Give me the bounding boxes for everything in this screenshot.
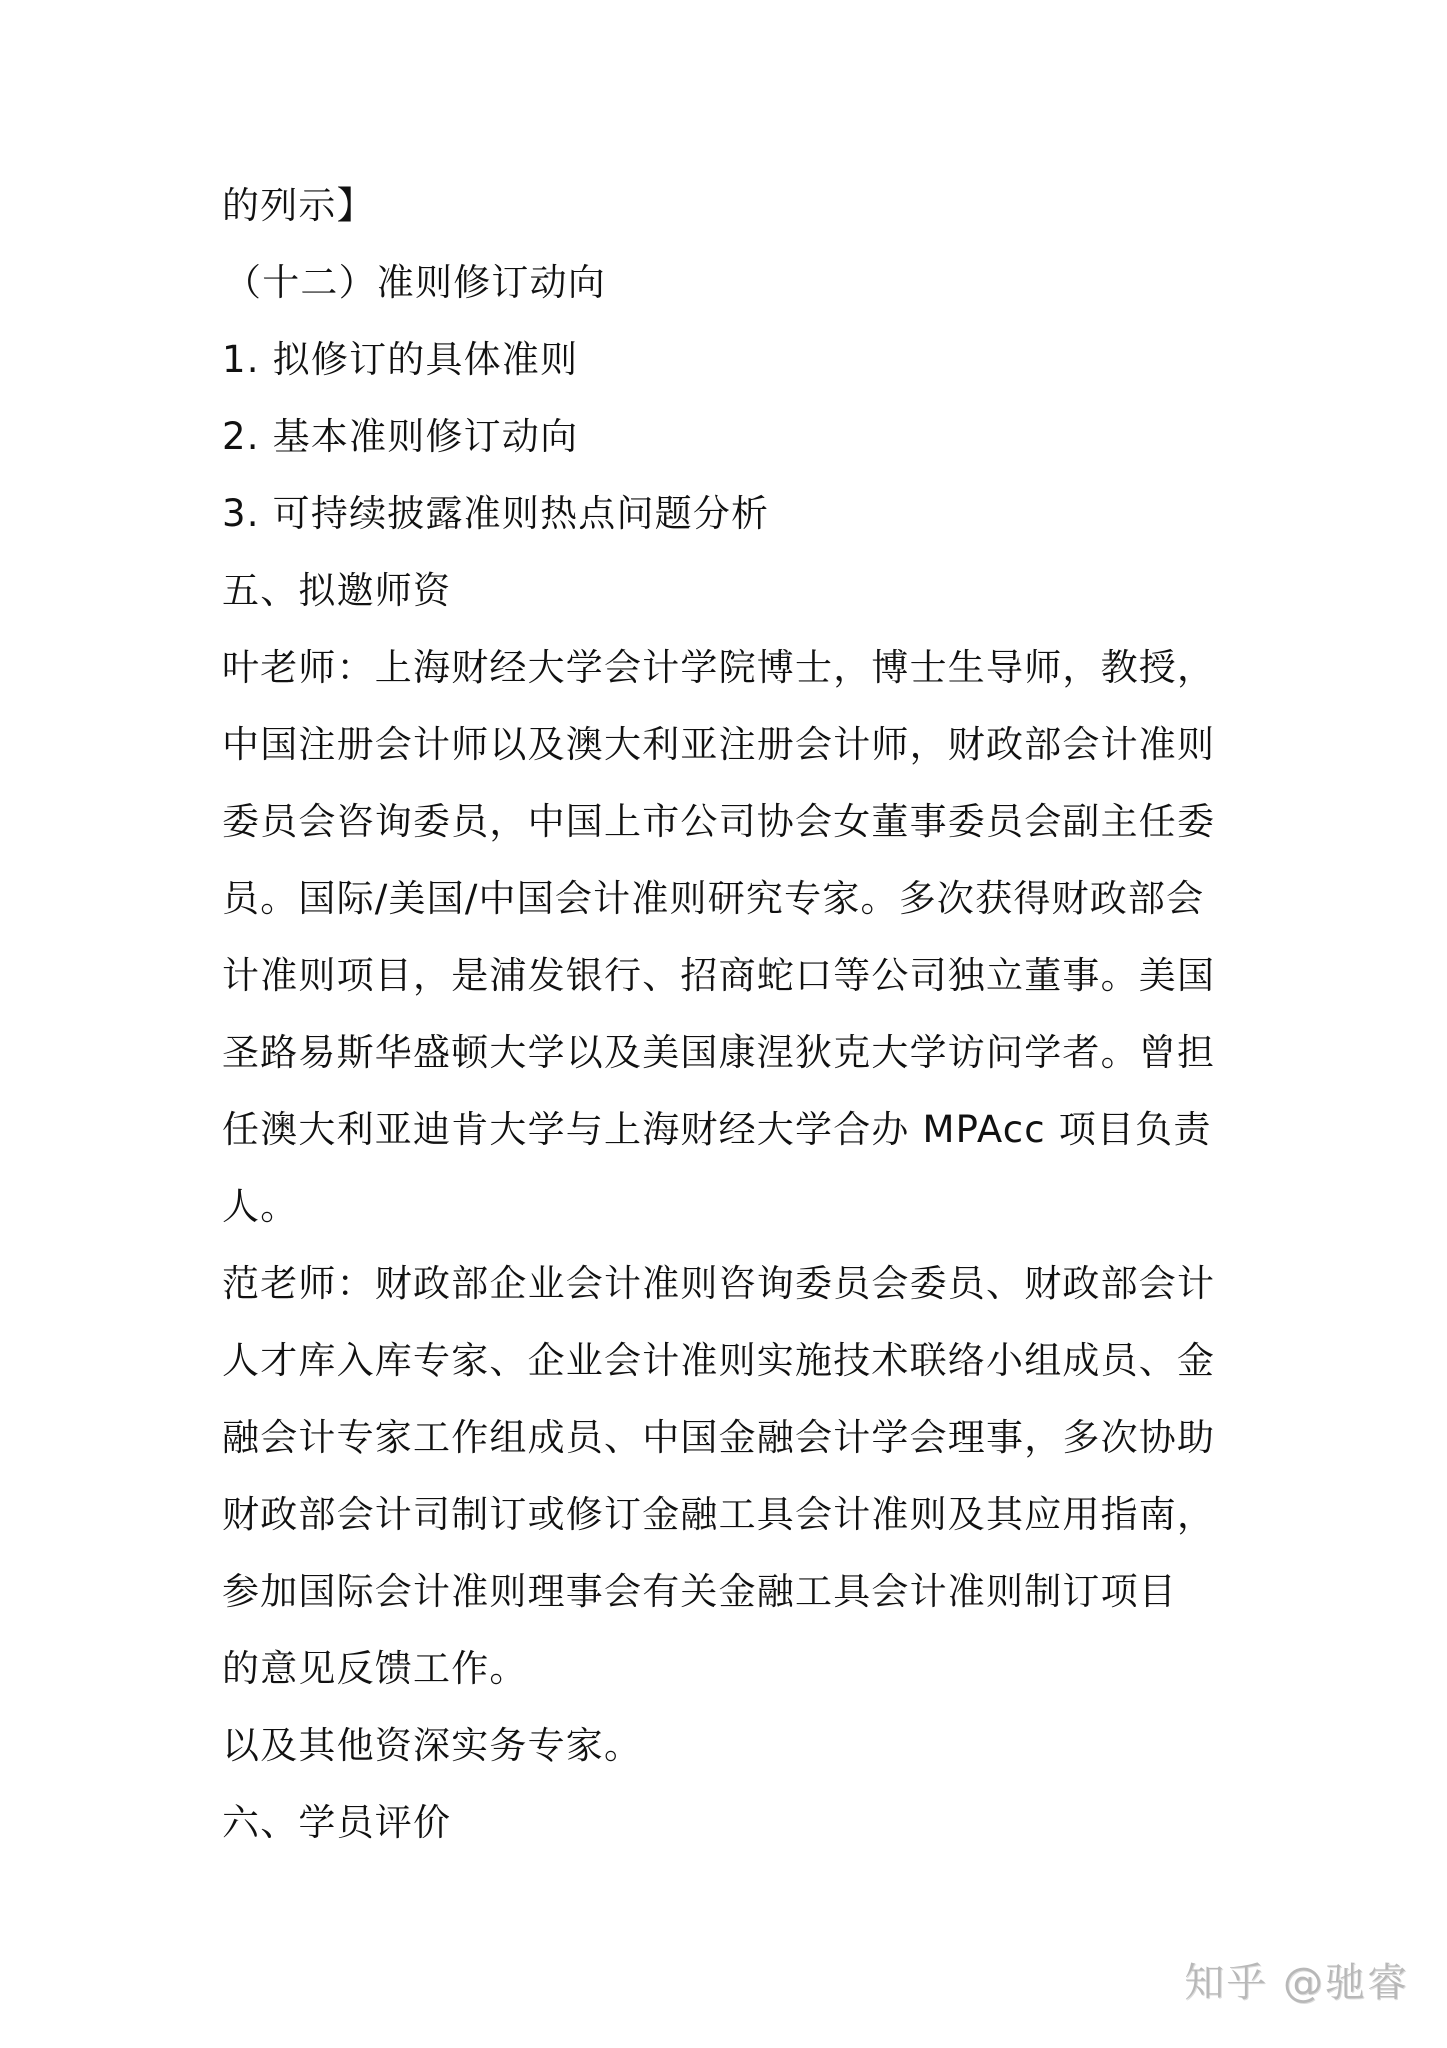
faculty-fan-line-2: 人才库入库专家、企业会计准则实施技术联络小组成员、金: [222, 1322, 1252, 1399]
faculty-ye-line-6: 圣路易斯华盛顿大学以及美国康涅狄克大学访问学者。曾担: [222, 1014, 1252, 1091]
list-item-2: 2. 基本准则修订动向: [222, 398, 1252, 475]
text-line-continuation: 的列示】: [222, 167, 1252, 244]
faculty-ye-line-5: 计准则项目，是浦发银行、招商蛇口等公司独立董事。美国: [222, 937, 1252, 1014]
faculty-fan-line-1: 范老师：财政部企业会计准则咨询委员会委员、财政部会计: [222, 1245, 1252, 1322]
faculty-ye-line-7: 任澳大利亚迪肯大学与上海财经大学合办 MPAcc 项目负责: [222, 1091, 1252, 1168]
faculty-ye-line-8: 人。: [222, 1168, 1252, 1245]
other-experts-line: 以及其他资深实务专家。: [222, 1707, 1252, 1784]
subsection-heading-standards-revision: （十二）准则修订动向: [222, 244, 1252, 321]
document-page: 的列示】 （十二）准则修订动向 1. 拟修订的具体准则 2. 基本准则修订动向 …: [222, 187, 1252, 1881]
faculty-ye-line-3: 委员会咨询委员，中国上市公司协会女董事委员会副主任委: [222, 783, 1252, 860]
faculty-ye-line-4: 员。国际/美国/中国会计准则研究专家。多次获得财政部会: [222, 860, 1252, 937]
zhihu-watermark: 知乎 @驰睿: [1184, 1951, 1409, 2008]
section-heading-faculty: 五、拟邀师资: [222, 552, 1252, 629]
faculty-fan-line-5: 参加国际会计准则理事会有关金融工具会计准则制订项目: [222, 1553, 1252, 1630]
faculty-ye-line-2: 中国注册会计师以及澳大利亚注册会计师，财政部会计准则: [222, 706, 1252, 783]
list-item-1: 1. 拟修订的具体准则: [222, 321, 1252, 398]
list-item-3: 3. 可持续披露准则热点问题分析: [222, 475, 1252, 552]
faculty-fan-line-3: 融会计专家工作组成员、中国金融会计学会理事，多次协助: [222, 1399, 1252, 1476]
faculty-ye-line-1: 叶老师：上海财经大学会计学院博士，博士生导师，教授，: [222, 629, 1252, 706]
section-heading-student-reviews: 六、学员评价: [222, 1784, 1252, 1861]
faculty-fan-line-6: 的意见反馈工作。: [222, 1630, 1252, 1707]
faculty-fan-line-4: 财政部会计司制订或修订金融工具会计准则及其应用指南，: [222, 1476, 1252, 1553]
